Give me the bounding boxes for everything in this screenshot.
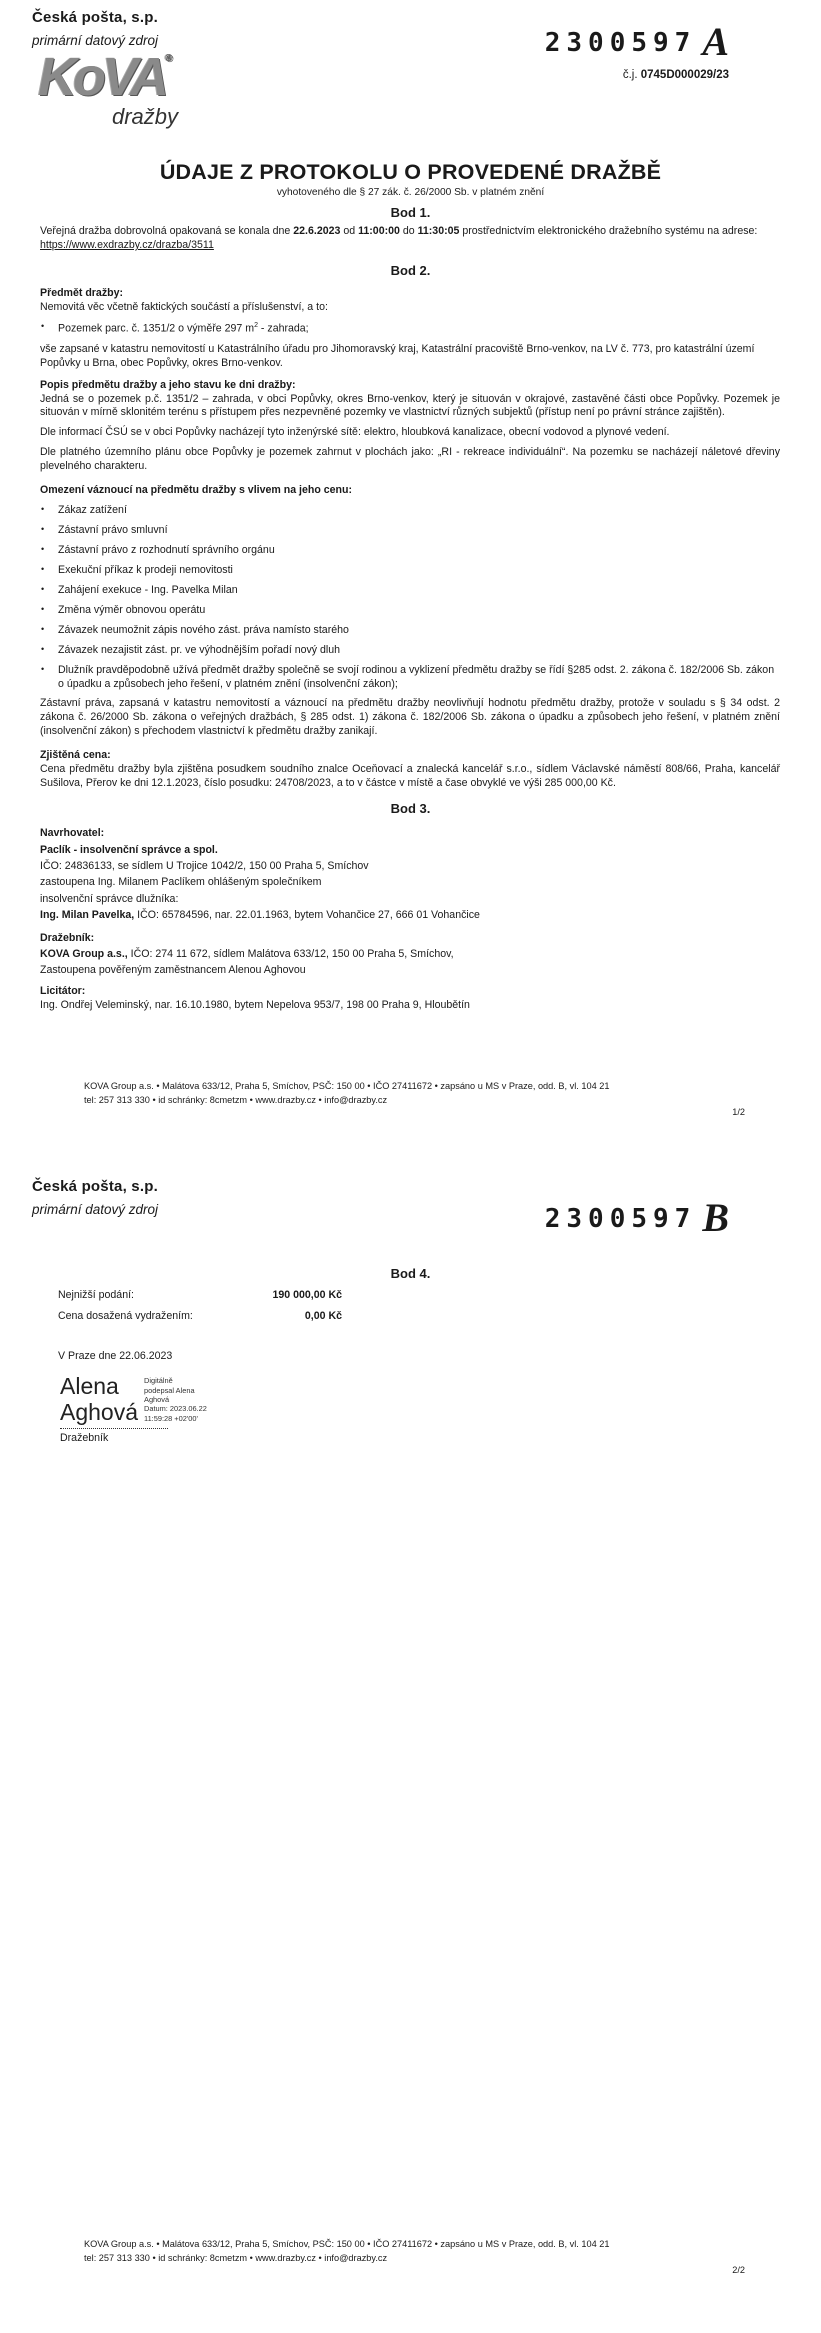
registered-icon: ® [165,53,172,64]
sender-org: Česká pošta, s.p. [32,1177,158,1197]
signature-meta-line: Datum: 2023.06.22 [144,1404,207,1413]
auction-time-to: 11:30:05 [418,225,460,237]
licitator-text: Ing. Ondřej Veleminský, nar. 16.10.1980,… [40,999,780,1013]
row-label: Nejnižší podání: [58,1289,234,1303]
reference-number: č.j. 0745D000029/23 [623,68,729,83]
auctioneer-heading: Dražebník: [40,930,780,946]
proposer-name: Paclík - insolvenční správce a spol. [40,842,780,858]
encumbrance-item: Závazek neumožnit zápis nového zást. prá… [40,624,780,638]
bod-1-text-b: od [340,225,358,237]
footer-line2: tel: 257 313 330 • id schránky: 8cmetzm … [84,1094,609,1108]
proposer-block: Navrhovatel: Paclík - insolvenční správc… [40,825,780,923]
subject-block: Předmět dražby: Nemovitá věc včetně fakt… [40,287,780,370]
auctioneer-details: IČO: 274 11 672, sídlem Malátova 633/12,… [128,948,454,960]
bod-2-heading: Bod 2. [40,262,781,279]
proposer-line2: zastoupena Ing. Milanem Paclíkem ohlášen… [40,874,780,890]
price-heading: Zjištěná cena: [40,749,780,763]
signature-block: Alena Aghová Digitálněpodepsal AlenaAgho… [60,1374,781,1445]
auction-time-from: 11:00:00 [358,225,400,237]
encumbrance-item: Zákaz zatížení [40,504,780,518]
stamp-suffix: A [702,19,729,64]
auction-date: 22.6.2023 [293,225,340,237]
signature-meta: Digitálněpodepsal AlenaAghováDatum: 2023… [144,1376,207,1423]
encumbrance-item: Závazek nezajistit zást. pr. ve výhodněj… [40,644,780,658]
description-heading: Popis předmětu dražby a jeho stavu ke dn… [40,379,780,393]
proposer-line3: insolvenční správce dlužníka: [40,891,780,907]
encumbrance-item: Zástavní právo z rozhodnutí správního or… [40,544,780,558]
description-p1: Jedná se o pozemek p.č. 1351/2 – zahrada… [40,393,780,421]
kova-logo-icon: KoVA® dražby [38,50,158,131]
bod-1-text-c: do [400,225,418,237]
subject-registry: vše zapsané v katastru nemovitostí u Kat… [40,343,780,371]
encumbrances-heading: Omezení váznoucí na předmětu dražby s vl… [40,484,780,498]
auctioneer-block: Dražebník: KOVA Group a.s., IČO: 274 11 … [40,930,780,979]
encumbrance-item: Exekuční příkaz k prodeji nemovitosti [40,564,780,578]
licitator-heading: Licitátor: [40,985,780,999]
page-2: Česká pošta, s.p. primární datový zdroj … [0,1160,821,2333]
bod-4-rows: Nejnižší podání:190 000,00 KčCena dosaže… [58,1289,781,1324]
description-p3: Dle platného územního plánu obce Popůvky… [40,446,780,474]
logo-mark-text: KoVA [38,47,165,107]
debtor-details: IČO: 65784596, nar. 22.01.1963, bytem Vo… [134,909,480,921]
signature-meta-line: podepsal Alena [144,1386,207,1395]
digital-signature: Alena Aghová Digitálněpodepsal AlenaAgho… [60,1374,781,1426]
price-block: Zjištěná cena: Cena předmětu dražby byla… [40,749,780,791]
page-number: 1/2 [732,1106,745,1118]
auction-url-link[interactable]: https://www.exdrazby.cz/drazba/3511 [40,239,214,251]
auctioneer-name: KOVA Group a.s., [40,948,128,960]
bod-4-row: Cena dosažená vydražením:0,00 Kč [58,1310,781,1324]
logo-word: dražby [112,102,158,131]
stamp-number: 2300597 [545,1204,697,1234]
encumbrances-note: Zástavní práva, zapsaná v katastru nemov… [40,697,780,739]
encumbrance-item: Změna výměr obnovou operátu [40,604,780,618]
signature-meta-line: Aghová [144,1395,207,1404]
page-number: 2/2 [732,2264,745,2276]
bod-4-heading: Bod 4. [40,1265,781,1282]
subject-item-tail: - zahrada; [258,323,309,335]
logo-mark: KoVA® [38,50,158,104]
signature-role: Dražebník [60,1432,781,1446]
auctioneer-line2: Zastoupena pověřeným zaměstnancem Alenou… [40,962,780,978]
auctioneer-line1: KOVA Group a.s., IČO: 274 11 672, sídlem… [40,946,780,962]
description-p2: Dle informací ČSÚ se v obci Popůvky nach… [40,426,780,440]
signature-meta-line: 11:59:28 +02'00' [144,1414,207,1423]
debtor-line: Ing. Milan Pavelka, IČO: 65784596, nar. … [40,907,780,923]
section-bod-1: Bod 1. Veřejná dražba dobrovolná opakova… [40,204,781,253]
signature-line [60,1428,168,1429]
description-block: Popis předmětu dražby a jeho stavu ke dn… [40,379,780,475]
signature-name-line1: Alena [60,1374,138,1400]
row-label: Cena dosažená vydražením: [58,1310,234,1324]
licitator-block: Licitátor: Ing. Ondřej Veleminský, nar. … [40,985,780,1013]
document-subtitle: vyhotoveného dle § 27 zák. č. 26/2000 Sb… [0,186,821,199]
bod-3-heading: Bod 3. [40,800,781,817]
stamp-suffix: B [702,1195,729,1240]
document-stamp: 2300597B [545,1192,729,1245]
bod-1-text: Veřejná dražba dobrovolná opakovaná se k… [40,225,780,253]
encumbrances-block: Omezení váznoucí na předmětu dražby s vl… [40,484,780,739]
encumbrance-item: Zástavní právo smluvní [40,524,780,538]
footer-line1: KOVA Group a.s. • Malátova 633/12, Praha… [84,2238,609,2252]
sender-block: Česká pošta, s.p. primární datový zdroj [32,1177,158,1219]
footer-line1: KOVA Group a.s. • Malátova 633/12, Praha… [84,1080,609,1094]
debtor-name: Ing. Milan Pavelka, [40,909,134,921]
stamp-number: 2300597 [545,28,697,58]
bod-4-row: Nejnižší podání:190 000,00 Kč [58,1289,781,1303]
encumbrance-item: Zahájení exekuce - Ing. Pavelka Milan [40,584,780,598]
price-text: Cena předmětu dražby byla zjištěna posud… [40,763,780,791]
document-stamp: 2300597A [545,16,729,69]
encumbrances-list: Zákaz zatíženíZástavní právo smluvníZást… [40,504,780,692]
reference-value: 0745D000029/23 [641,69,729,81]
page-1-footer: KOVA Group a.s. • Malátova 633/12, Praha… [84,1080,609,1108]
signature-meta-line: Digitálně [144,1376,207,1385]
proposer-heading: Navrhovatel: [40,825,780,841]
footer-line2: tel: 257 313 330 • id schránky: 8cmetzm … [84,2252,609,2266]
row-value: 190 000,00 Kč [234,1289,342,1303]
bod-1-text-a: Veřejná dražba dobrovolná opakovaná se k… [40,225,293,237]
reference-prefix: č.j. [623,69,638,81]
place-date: V Praze dne 22.06.2023 [58,1350,781,1364]
row-value: 0,00 Kč [234,1310,342,1324]
signature-name: Alena Aghová [60,1374,138,1426]
section-bod-3: Bod 3. Navrhovatel: Paclík - insolvenční… [40,800,781,1013]
sender-block: Česká pošta, s.p. primární datový zdroj [32,8,158,50]
bod-1-heading: Bod 1. [40,204,781,221]
proposer-line1: IČO: 24836133, se sídlem U Trojice 1042/… [40,858,780,874]
document-title: ÚDAJE Z PROTOKOLU O PROVEDENÉ DRAŽBĚ [0,158,821,186]
sender-org: Česká pošta, s.p. [32,8,158,28]
page-2-footer: KOVA Group a.s. • Malátova 633/12, Praha… [84,2238,609,2266]
signature-name-line2: Aghová [60,1400,138,1426]
subject-item: Pozemek parc. č. 1351/2 o výměře 297 m2 … [40,321,780,337]
subject-heading: Předmět dražby: [40,287,780,301]
section-bod-4: Bod 4. Nejnižší podání:190 000,00 KčCena… [40,1265,781,1446]
sender-sub: primární datový zdroj [32,1201,158,1219]
page-1: Česká pošta, s.p. primární datový zdroj … [0,0,821,1160]
subject-item-text: Pozemek parc. č. 1351/2 o výměře 297 m [58,323,254,335]
section-bod-2: Bod 2. Předmět dražby: Nemovitá věc včet… [40,262,781,791]
bod-1-text-d: prostřednictvím elektronického dražebníh… [459,225,757,237]
subject-intro: Nemovitá věc včetně faktických součástí … [40,301,780,315]
encumbrance-item: Dlužník pravděpodobně užívá předmět draž… [40,664,780,692]
